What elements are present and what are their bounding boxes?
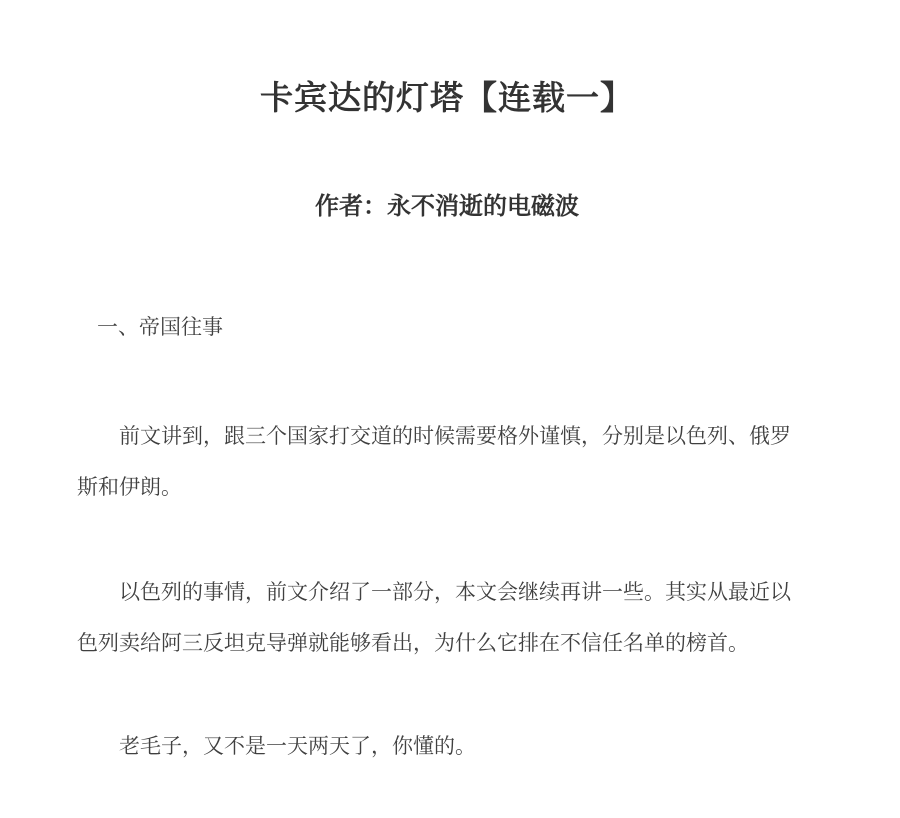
document-page: 卡宾达的灯塔【连载一】 作者：永不消逝的电磁波 一、帝国往事 前文讲到，跟三个国… [0,0,900,818]
author-line: 作者：永不消逝的电磁波 [77,182,817,233]
paragraph: 老毛子，又不是一天两天了，你懂的。 [77,721,791,772]
paragraph: 以色列的事情，前文介绍了一部分，本文会继续再讲一些。其实从最近以色列卖给阿三反坦… [77,567,791,669]
document-title: 卡宾达的灯塔【连载一】 [77,74,817,125]
section-heading: 一、帝国往事 [77,302,791,353]
paragraph: 前文讲到，跟三个国家打交道的时候需要格外谨慎，分别是以色列、俄罗斯和伊朗。 [77,411,791,513]
